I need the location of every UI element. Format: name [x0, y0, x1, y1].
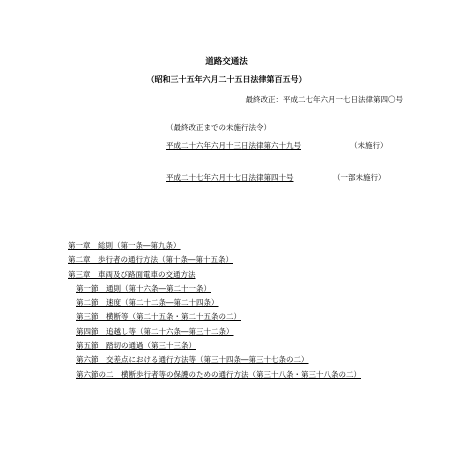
toc-link[interactable]: 第二章 歩行者の通行方法（第十条―第十五条） [68, 255, 233, 264]
last-amendment: 最終改正：平成二七年六月一七日法律第四〇号 [246, 94, 404, 105]
toc-link[interactable]: 第三節 横断等（第二十五条・第二十五条の二） [76, 312, 241, 321]
toc-item-section-5: 第五節 踏切の通過（第三十三条） [68, 339, 398, 353]
toc-item-chapter-3: 第三章 車両及び路面電車の交通方法 [68, 268, 398, 282]
toc-item-section-6: 第六節 交差点における通行方法等（第三十四条―第三十七条の二） [68, 353, 398, 367]
unenforced-law-link-1[interactable]: 平成二十六年六月十三日法律第六十九号 [166, 140, 301, 151]
toc-item-chapter-2: 第二章 歩行者の通行方法（第十条―第十五条） [68, 253, 398, 267]
toc-item-chapter-1: 第一章 総則（第一条―第九条） [68, 239, 398, 253]
toc-item-section-2: 第二節 速度（第二十二条―第二十四条） [68, 296, 398, 310]
toc-link[interactable]: 第五節 踏切の通過（第三十三条） [76, 341, 196, 350]
toc-link[interactable]: 第一章 総則（第一条―第九条） [68, 241, 181, 250]
unenforced-heading: （最終改正までの未施行法令） [166, 122, 271, 133]
unenforced-status-2: （一部未施行） [333, 172, 386, 183]
unenforced-law-link-2[interactable]: 平成二十七年六月十七日法律第四十号 [166, 172, 294, 183]
table-of-contents: 第一章 総則（第一条―第九条） 第二章 歩行者の通行方法（第十条―第十五条） 第… [68, 239, 398, 382]
toc-item-section-1: 第一節 通則（第十六条―第二十一条） [68, 282, 398, 296]
toc-link[interactable]: 第六節 交差点における通行方法等（第三十四条―第三十七条の二） [76, 355, 309, 364]
toc-link[interactable]: 第二節 速度（第二十二条―第二十四条） [76, 298, 219, 307]
toc-item-section-3: 第三節 横断等（第二十五条・第二十五条の二） [68, 310, 398, 324]
toc-item-section-4: 第四節 追越し等（第二十六条―第三十二条） [68, 325, 398, 339]
toc-link[interactable]: 第一節 通則（第十六条―第二十一条） [76, 284, 211, 293]
toc-link[interactable]: 第四節 追越し等（第二十六条―第三十二条） [76, 327, 234, 336]
law-number: （昭和三十五年六月二十五日法律第百五号） [0, 74, 453, 85]
law-title: 道路交通法 [0, 55, 453, 67]
toc-item-section-6-2: 第六節の二 横断歩行者等の保護のための通行方法（第三十八条・第三十八条の二） [60, 368, 398, 382]
toc-link[interactable]: 第六節の二 横断歩行者等の保護のための通行方法（第三十八条・第三十八条の二） [76, 370, 361, 379]
unenforced-status-1: （未施行） [350, 140, 388, 151]
toc-link[interactable]: 第三章 車両及び路面電車の交通方法 [68, 270, 196, 279]
